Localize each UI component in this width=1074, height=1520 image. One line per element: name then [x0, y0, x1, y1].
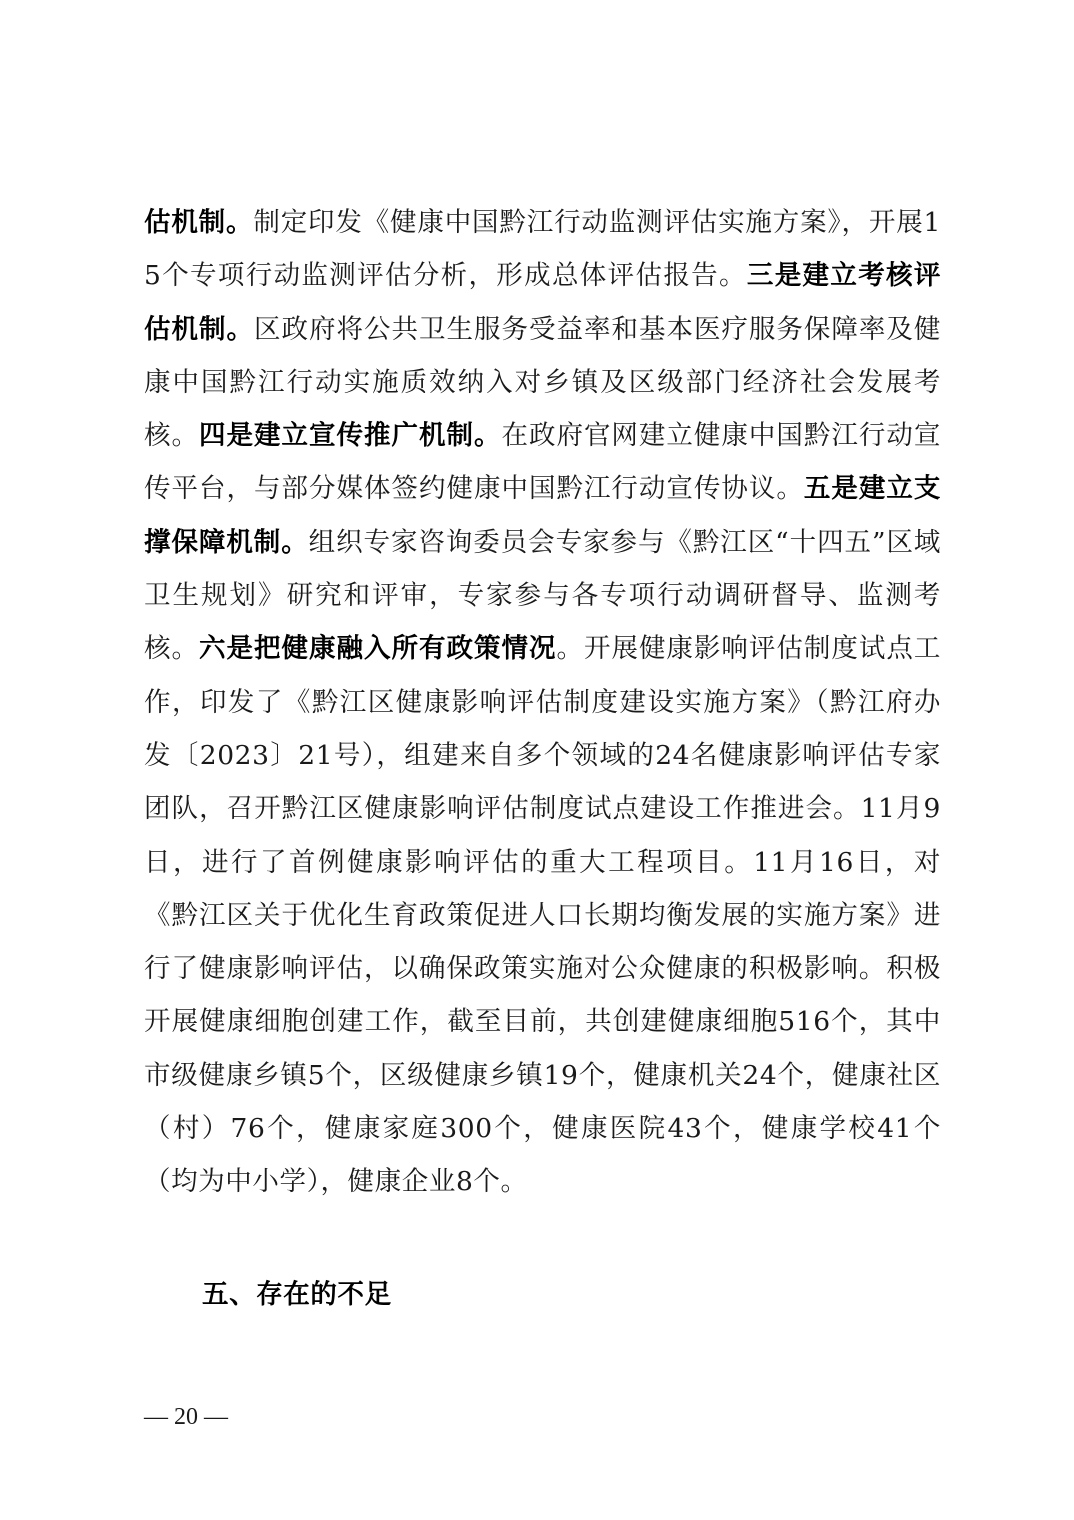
- body-paragraph: 估机制。制定印发《健康中国黔江行动监测评估实施方案》，开展15个专项行动监测评估…: [144, 196, 941, 1209]
- section-heading: 五、存在的不足: [202, 1268, 392, 1321]
- bold-phrase-assessment-mechanism: 估机制。: [144, 207, 253, 238]
- bold-phrase-sixth-item: 六是把健康融入所有政策情况: [199, 633, 556, 664]
- document-page: 估机制。制定印发《健康中国黔江行动监测评估实施方案》，开展15个专项行动监测评估…: [0, 0, 1074, 1520]
- page-number: — 20 —: [144, 1397, 228, 1437]
- paragraph-text: 。开展健康影响评估制度试点工作，印发了《黔江区健康影响评估制度建设实施方案》（黔…: [144, 633, 941, 1197]
- bold-phrase-fourth-mechanism: 四是建立宣传推广机制。: [199, 420, 501, 451]
